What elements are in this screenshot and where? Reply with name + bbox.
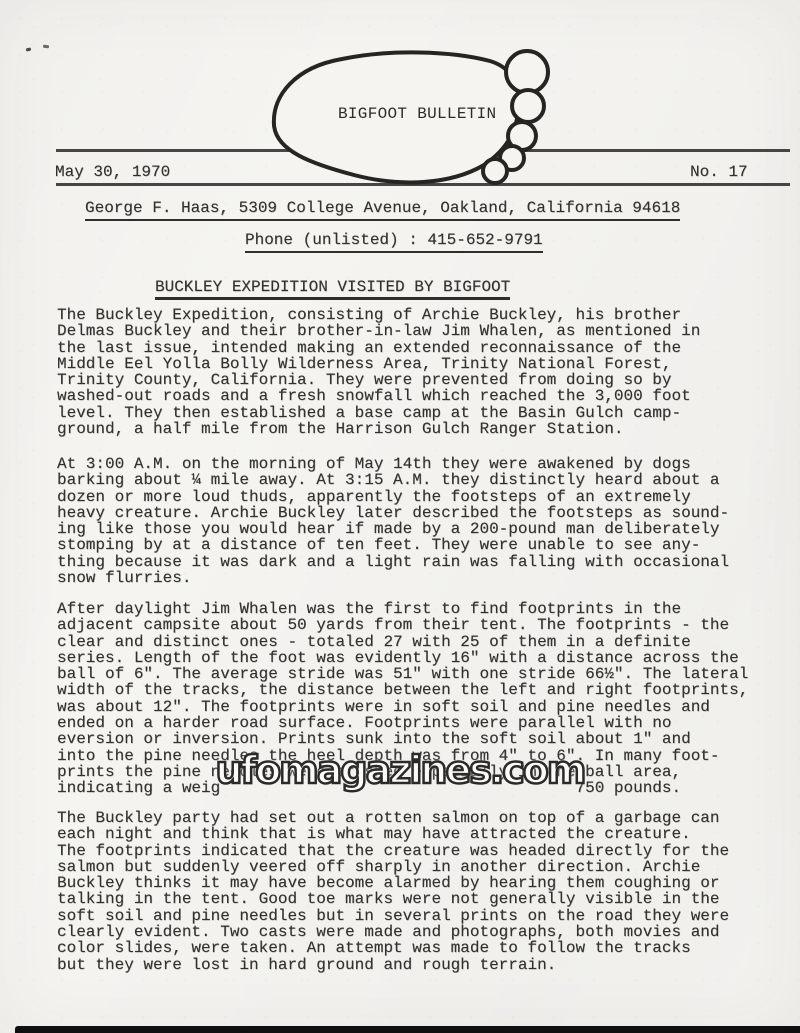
scan-speck <box>43 45 49 49</box>
article-paragraph: At 3:00 A.M. on the morning of May 14th … <box>57 456 729 586</box>
article-paragraph: The Buckley Expedition, consisting of Ar… <box>57 307 700 437</box>
issue-date: May 30, 1970 <box>55 164 170 180</box>
address-line: George F. Haas, 5309 College Avenue, Oak… <box>85 200 680 221</box>
footprint-toe <box>512 90 544 122</box>
scan-speck <box>26 47 32 51</box>
article-paragraph: The Buckley party had set out a rotten s… <box>57 810 729 973</box>
footprint-big-toe <box>506 51 548 93</box>
article-headline: BUCKLEY EXPEDITION VISITED BY BIGFOOT <box>155 279 510 300</box>
watermark: ufomagazines.com <box>215 751 584 789</box>
issue-number: No. 17 <box>690 164 748 180</box>
document-page: BIGFOOT BULLETIN May 30, 1970 No. 17 Geo… <box>0 0 800 1033</box>
footprint-little-toe <box>483 159 507 183</box>
phone-line: Phone (unlisted) : 415-652-9791 <box>245 232 543 253</box>
scan-edge-bar <box>15 1026 800 1033</box>
footprint-icon: BIGFOOT BULLETIN <box>250 45 565 194</box>
logo-text: BIGFOOT BULLETIN <box>338 105 496 123</box>
